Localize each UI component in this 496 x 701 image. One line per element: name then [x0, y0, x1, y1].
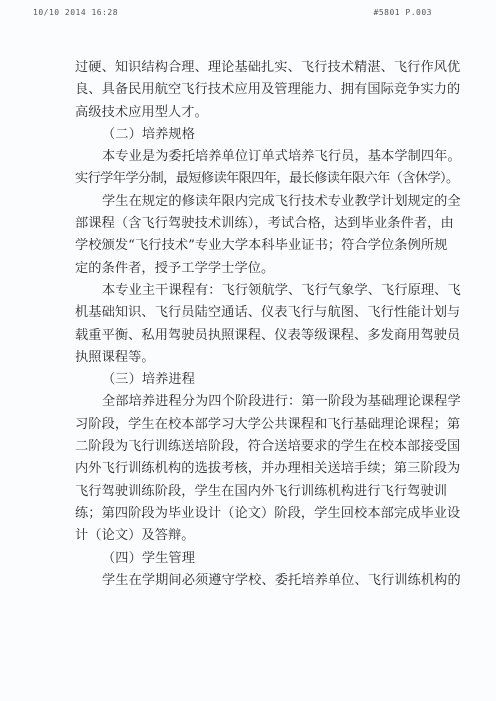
text-line: 二阶段为飞行训练送培阶段，符合送培要求的学生在校本部接受国: [75, 436, 407, 458]
text-line: 良、具备民用航空飞行技术应用及管理能力、拥有国际竞争实力的: [75, 79, 407, 101]
fax-header: 10/10 2014 16:28 #5801 P.003: [33, 8, 432, 20]
section-heading-training-process: （三）培养进程: [75, 369, 407, 391]
text-line: 定的条件者，授予工学学士学位。: [75, 258, 407, 280]
text-line: 实行学年学分制，最短修读年限四年，最长修读年限六年（含休学）。: [75, 168, 407, 190]
text-line: 机基础知识、飞行员陆空通话、仪表飞行与航图、飞行性能计划与: [75, 302, 407, 324]
text-line: 学生在规定的修读年限内完成飞行技术专业教学计划规定的全: [75, 191, 407, 213]
text-line: 内外飞行训练机构的选拔考核，并办理相关送培手续；第三阶段为: [75, 458, 407, 480]
text-line: 习阶段，学生在校本部学习大学公共课程和飞行基础理论课程；第: [75, 414, 407, 436]
text-line: 过硬、知识结构合理、理论基础扎实、飞行技术精湛、飞行作风优: [75, 57, 407, 79]
text-line: 学生在学期间必须遵守学校、委托培养单位、飞行训练机构的: [75, 570, 407, 592]
fax-datetime: 10/10 2014 16:28: [33, 8, 118, 17]
text-line: 执照课程等。: [75, 347, 407, 369]
text-line: 全部培养进程分为四个阶段进行：第一阶段为基础理论课程学: [75, 391, 407, 413]
text-line: 学校颁发“飞行技术”专业大学本科毕业证书；符合学位条例所规: [75, 235, 407, 257]
text-line: 部课程（含飞行驾驶技术训练），考试合格，达到毕业条件者，由: [75, 213, 407, 235]
text-line: 本专业是为委托培养单位订单式培养飞行员，基本学制四年。: [75, 146, 407, 168]
section-heading-student-management: （四）学生管理: [75, 548, 407, 570]
section-heading-training-spec: （二）培养规格: [75, 124, 407, 146]
text-line: 载重平衡、私用驾驶员执照课程、仪表等级课程、多发商用驾驶员: [75, 325, 407, 347]
text-line: 练；第四阶段为毕业设计（论文）阶段，学生回校本部完成毕业设: [75, 503, 407, 525]
document-body: 过硬、知识结构合理、理论基础扎实、飞行技术精湛、飞行作风优 良、具备民用航空飞行…: [75, 57, 407, 592]
text-line: 飞行驾驶训练阶段，学生在国内外飞行训练机构进行飞行驾驶训: [75, 481, 407, 503]
text-line: 本专业主干课程有：飞行领航学、飞行气象学、飞行原理、飞: [75, 280, 407, 302]
fax-page-ref: #5801 P.003: [374, 8, 432, 17]
text-line: 计（论文）及答辩。: [75, 525, 407, 547]
text-line: 高级技术应用型人才。: [75, 102, 407, 124]
